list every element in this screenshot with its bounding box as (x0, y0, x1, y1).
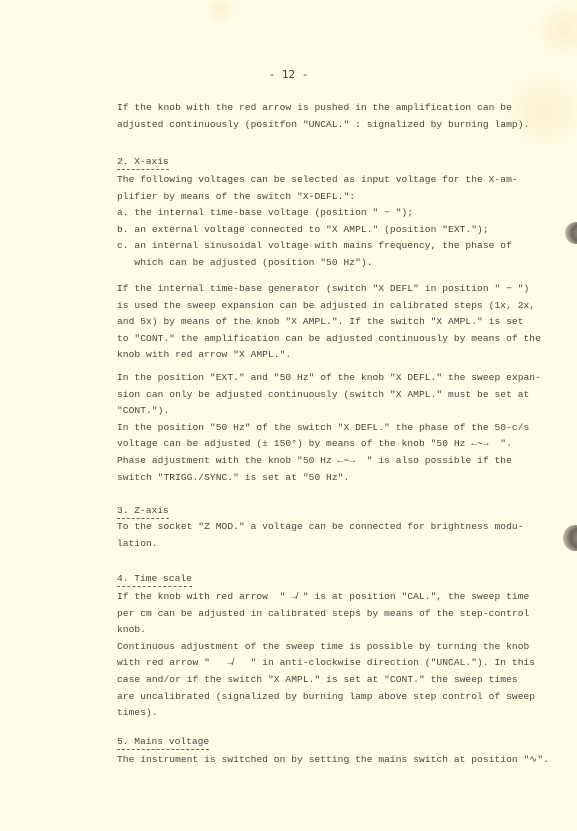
text-line: lation. (117, 536, 557, 553)
list-item: a. the internal time-base voltage (posit… (117, 205, 557, 222)
list-item: c. an internal sinusoidal voltage with m… (117, 238, 557, 255)
x-axis-paragraph-3: In the position "EXT." and "50 Hz" of th… (117, 370, 557, 486)
section-z-axis: 3. Z-axis (117, 500, 557, 519)
section-mains-voltage: 5. Mains voltage (117, 731, 557, 750)
text-line: case and/or if the switch "X AMPL." is s… (117, 672, 557, 689)
mains-voltage-paragraph: The instrument is switched on by setting… (117, 752, 557, 769)
text-line: If the knob with the red arrow is pushed… (117, 100, 557, 117)
list-item: b. an external voltage connected to "X A… (117, 222, 557, 239)
text-line: switch "TRIGG./SYNC." is set at "50 Hz". (117, 470, 557, 487)
x-axis-paragraph-1: The following voltages can be selected a… (117, 172, 557, 272)
text-line: is used the sweep expansion can be adjus… (117, 298, 557, 315)
text-line: to "CONT." the amplification can be adju… (117, 331, 557, 348)
text-line: To the socket "Z MOD." a voltage can be … (117, 519, 557, 536)
punch-hole (565, 222, 577, 244)
text-line: with red arrow " ↛ " in anti-clockwise d… (117, 655, 557, 672)
scanned-page: - 12 - If the knob with the red arrow is… (0, 0, 577, 831)
text-line: per cm can be adjusted in calibrated ste… (117, 606, 557, 623)
text-line: knob. (117, 622, 557, 639)
text-line: In the position "50 Hz" of the switch "X… (117, 420, 557, 437)
text-line: voltage can be adjusted (± 150°) by mean… (117, 436, 557, 453)
text-line: If the knob with red arrow " ↛ " is at p… (117, 589, 557, 606)
text-line: Phase adjustment with the knob "50 Hz ←∼… (117, 453, 557, 470)
intro-paragraph: If the knob with the red arrow is pushed… (117, 100, 557, 133)
section-heading: 5. Mains voltage (117, 735, 209, 750)
punch-hole (563, 525, 577, 551)
section-heading: 4. Time scale (117, 572, 192, 587)
time-scale-paragraph: If the knob with red arrow " ↛ " is at p… (117, 589, 557, 722)
section-time-scale: 4. Time scale (117, 568, 557, 587)
text-line: knob with red arrow "X AMPL.". (117, 347, 557, 364)
text-line: The instrument is switched on by setting… (117, 752, 557, 769)
text-line: adjusted continuously (positfon "UNCAL."… (117, 117, 557, 134)
text-line: Continuous adjustment of the sweep time … (117, 639, 557, 656)
section-x-axis: 2. X-axis (117, 151, 557, 170)
text-line: If the internal time-base generator (swi… (117, 281, 557, 298)
section-heading: 2. X-axis (117, 155, 169, 170)
text-line: times). (117, 705, 557, 722)
text-line: sion can only be adjusted continuously (… (117, 387, 557, 404)
page-number: - 12 - (0, 68, 577, 81)
text-line: In the position "EXT." and "50 Hz" of th… (117, 370, 557, 387)
text-line: are uncalibrated (signalized by burning … (117, 689, 557, 706)
text-line: "CONT."). (117, 403, 557, 420)
text-line: and 5x) by means of the knob "X AMPL.". … (117, 314, 557, 331)
z-axis-paragraph: To the socket "Z MOD." a voltage can be … (117, 519, 557, 552)
text-line: plifier by means of the switch "X-DEFL."… (117, 189, 557, 206)
list-item: which can be adjusted (position "50 Hz")… (117, 255, 557, 272)
x-axis-paragraph-2: If the internal time-base generator (swi… (117, 281, 557, 364)
text-line: The following voltages can be selected a… (117, 172, 557, 189)
section-heading: 3. Z-axis (117, 504, 169, 519)
